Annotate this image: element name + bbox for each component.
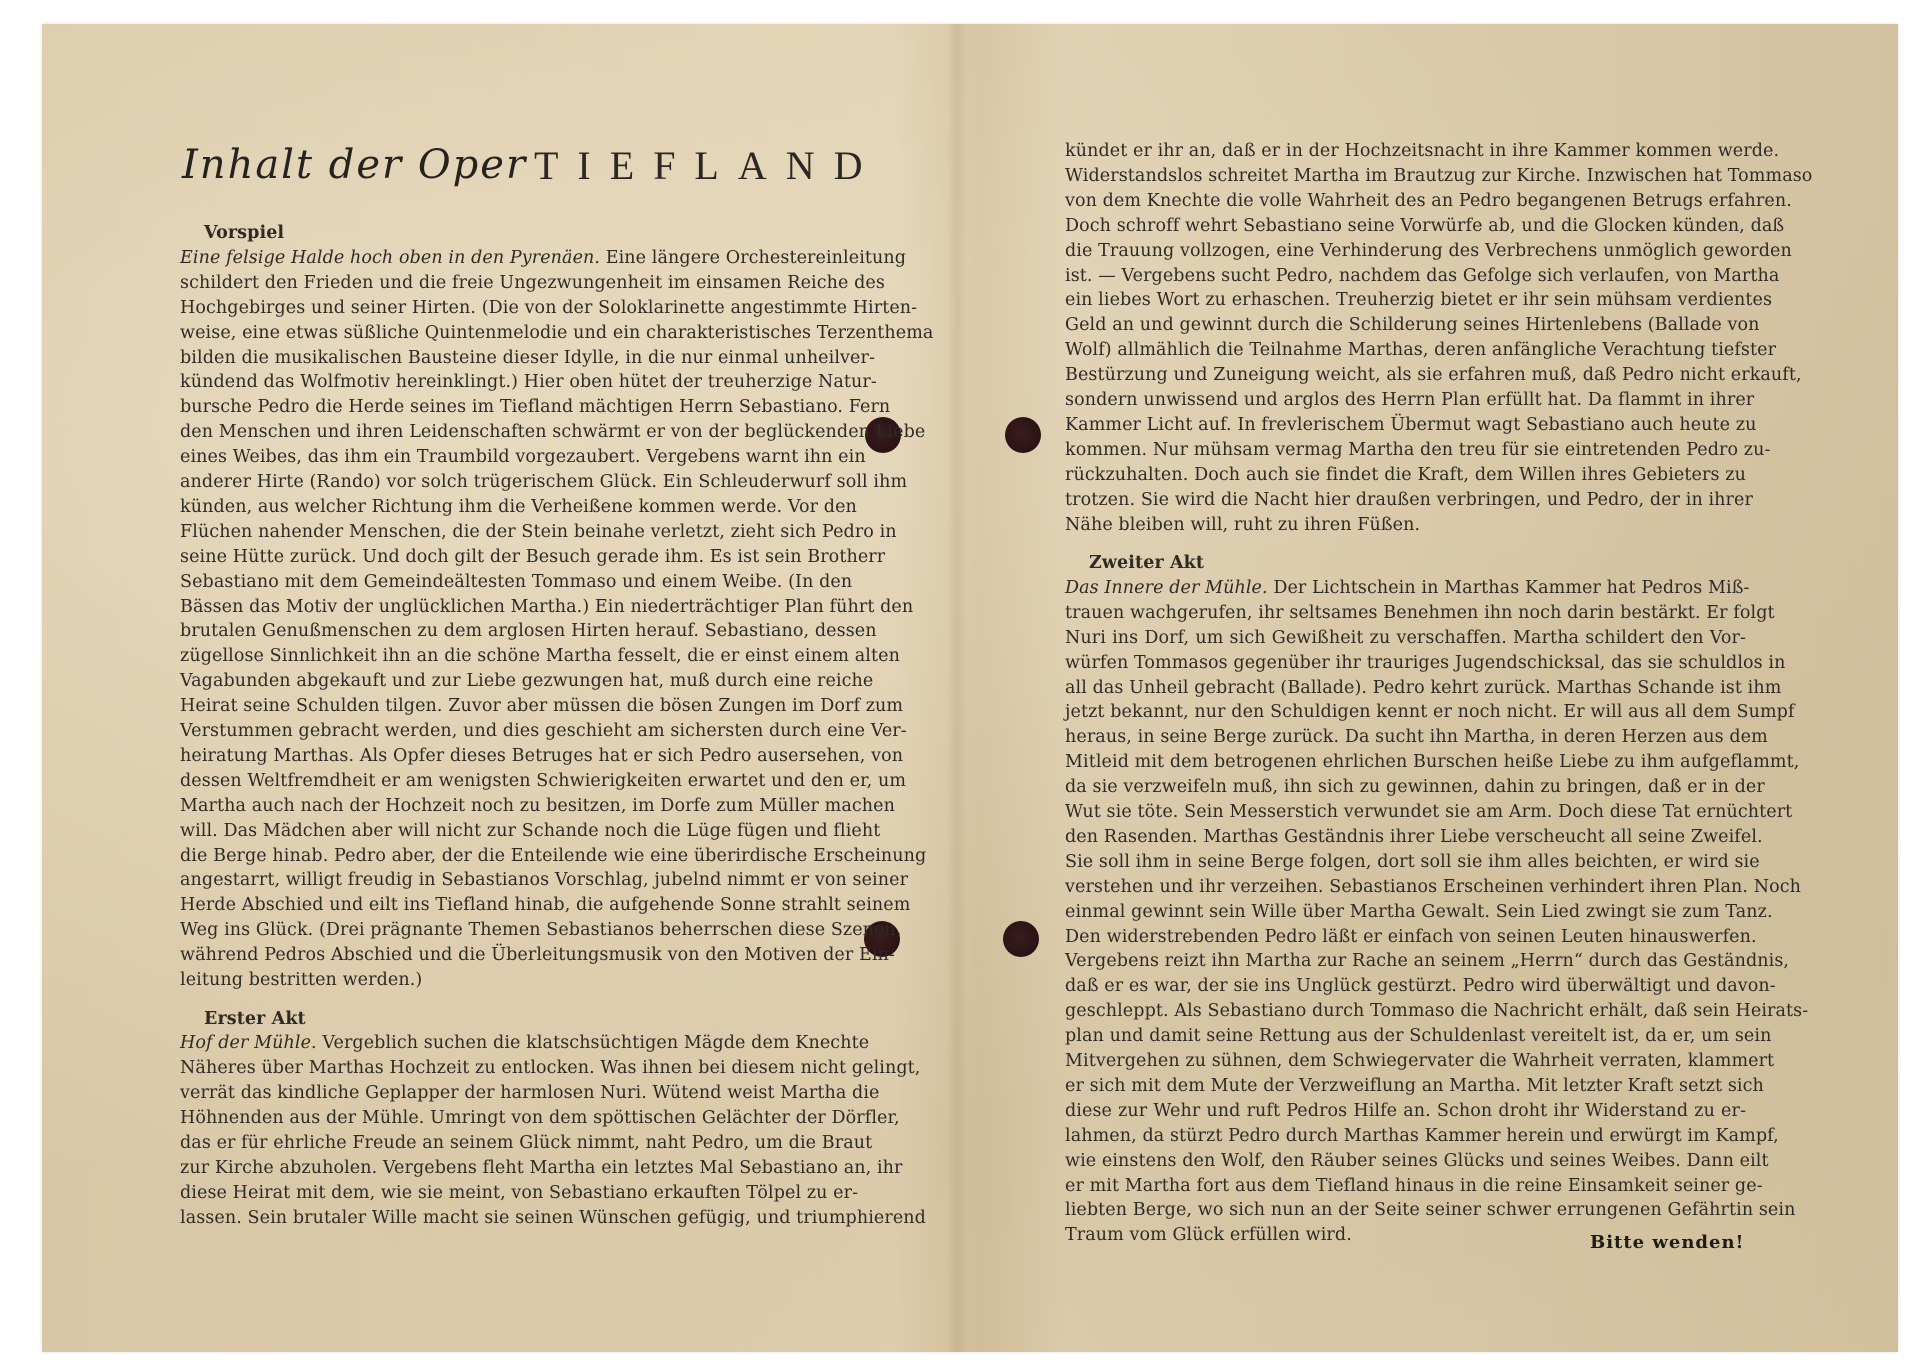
section-heading: Vorspiel <box>204 222 870 244</box>
please-turn-over-note: Bitte wenden! <box>1590 1232 1744 1253</box>
body-line: kommen. Nur mühsam vermag Martha den tre… <box>1065 439 1746 461</box>
body-line: bursche Pedro die Herde seines im Tiefla… <box>180 396 846 418</box>
body-line: geschleppt. Als Sebastiano durch Tommaso… <box>1065 1000 1746 1022</box>
body-line: Martha auch nach der Hochzeit noch zu be… <box>180 795 846 817</box>
body-line: Vagabunden abgekauft und zur Liebe gezwu… <box>180 670 846 692</box>
body-line: zügellose Sinnlichkeit ihn an die schöne… <box>180 645 846 667</box>
body-line: Widerstandslos schreitet Martha im Braut… <box>1065 165 1746 187</box>
body-line: trotzen. Sie wird die Nacht hier draußen… <box>1065 489 1746 511</box>
body-line: Bestürzung und Zuneigung weicht, als sie… <box>1065 364 1746 386</box>
body-line: die Berge hinab. Pedro aber, der die Ent… <box>180 845 846 867</box>
body-line: verstehen und ihr verzeihen. Sebastianos… <box>1065 876 1746 898</box>
body-text: Vergeblich suchen die klatschsüchtigen M… <box>317 1033 869 1053</box>
body-line: er sich mit dem Mute der Verzweiflung an… <box>1065 1075 1746 1097</box>
body-line: Verstummen gebracht werden, und dies ges… <box>180 720 846 742</box>
body-line: er mit Martha fort aus dem Tiefland hina… <box>1065 1175 1746 1197</box>
center-fold <box>947 24 967 1352</box>
body-line: Sie soll ihm in seine Berge folgen, dort… <box>1065 851 1746 873</box>
body-line: weise, eine etwas süßliche Quintenmelodi… <box>180 322 846 344</box>
body-line: die Trauung vollzogen, eine Verhinderung… <box>1065 240 1746 262</box>
body-line: angestarrt, willigt freudig in Sebastian… <box>180 869 846 891</box>
body-line: heiratung Marthas. Als Opfer dieses Betr… <box>180 745 846 767</box>
scene-setting-line: Das Innere der Mühle. Der Lichtschein in… <box>1065 577 1746 599</box>
body-line: während Pedros Abschied und die Überleit… <box>180 944 846 966</box>
body-line: kündend das Wolfmotiv hereinklingt.) Hie… <box>180 371 846 393</box>
body-line: da sie verzweifeln muß, ihn sich zu gewi… <box>1065 776 1746 798</box>
scene-location: Das Innere der Mühle. <box>1065 578 1268 598</box>
body-line: würfen Tommasos gegenüber ihr trauriges … <box>1065 652 1746 674</box>
body-line: diese Heirat mit dem, wie sie meint, von… <box>180 1182 846 1204</box>
body-line: eines Weibes, das ihm ein Traumbild vorg… <box>180 446 846 468</box>
body-line: will. Das Mädchen aber will nicht zur Sc… <box>180 820 846 842</box>
body-line: daß er es war, der sie ins Unglück gestü… <box>1065 975 1746 997</box>
body-line: diese zur Wehr und ruft Pedros Hilfe an.… <box>1065 1100 1746 1122</box>
body-line: zur Kirche abzuholen. Vergebens fleht Ma… <box>180 1157 846 1179</box>
scene-setting-line: Hof der Mühle. Vergeblich suchen die kla… <box>180 1032 846 1054</box>
body-line: Geld an und gewinnt durch die Schilderun… <box>1065 314 1746 336</box>
body-line: künden, aus welcher Richtung ihm die Ver… <box>180 496 846 518</box>
body-line: Flüchen nahender Menschen, die der Stein… <box>180 521 846 543</box>
body-line: Kammer Licht auf. In frevlerischem Überm… <box>1065 414 1746 436</box>
scene-location: Eine felsige Halde hoch oben in den Pyre… <box>180 248 600 268</box>
body-line: Heirat seine Schulden tilgen. Zuvor aber… <box>180 695 846 717</box>
body-line: liebten Berge, wo sich nun an der Seite … <box>1065 1199 1746 1221</box>
punch-hole-right-bottom <box>1003 921 1039 957</box>
body-line: lassen. Sein brutaler Wille macht sie se… <box>180 1207 846 1229</box>
scene-location: Hof der Mühle. <box>180 1033 317 1053</box>
body-line: Wolf) allmählich die Teilnahme Marthas, … <box>1065 339 1746 361</box>
body-line: Doch schroff wehrt Sebastiano seine Vorw… <box>1065 215 1746 237</box>
body-line: Sebastiano mit dem Gemeindeältesten Tomm… <box>180 571 846 593</box>
body-line: anderer Hirte (Rando) vor solch trügeris… <box>180 471 846 493</box>
section-heading: Zweiter Akt <box>1089 552 1770 574</box>
body-line: Weg ins Glück. (Drei prägnante Themen Se… <box>180 919 846 941</box>
section-heading: Erster Akt <box>204 1008 870 1030</box>
body-line: bilden die musikalischen Bausteine diese… <box>180 347 846 369</box>
body-line: trauen wachgerufen, ihr seltsames Benehm… <box>1065 602 1746 624</box>
body-line: ein liebes Wort zu erhaschen. Treuherzig… <box>1065 289 1746 311</box>
body-line: Den widerstrebenden Pedro läßt er einfac… <box>1065 926 1746 948</box>
body-line: jetzt bekannt, nur den Schuldigen kennt … <box>1065 701 1746 723</box>
body-line: heraus, in seine Berge zurück. Da sucht … <box>1065 726 1746 748</box>
body-line: leitung bestritten werden.) <box>180 969 846 991</box>
body-line: Herde Abschied und eilt ins Tiefland hin… <box>180 894 846 916</box>
body-line: wie einstens den Wolf, den Räuber seines… <box>1065 1150 1746 1172</box>
body-text: Der Lichtschein in Marthas Kammer hat Pe… <box>1268 578 1750 598</box>
body-line: den Rasenden. Marthas Geständnis ihrer L… <box>1065 826 1746 848</box>
body-line: Nuri ins Dorf, um sich Gewißheit zu vers… <box>1065 627 1746 649</box>
body-line: Höhnenden aus der Mühle. Umringt von dem… <box>180 1107 846 1129</box>
body-line: Mitleid mit dem betrogenen ehrlichen Bur… <box>1065 751 1746 773</box>
punch-hole-right-top <box>1005 417 1041 453</box>
body-line: einmal gewinnt sein Wille über Martha Ge… <box>1065 901 1746 923</box>
body-line: all das Unheil gebracht (Ballade). Pedro… <box>1065 677 1746 699</box>
title-script: Inhalt der Oper <box>182 142 527 188</box>
body-line: Vergebens reizt ihn Martha zur Rache an … <box>1065 950 1746 972</box>
body-line: schildert den Frieden und die freie Unge… <box>180 272 846 294</box>
body-line: Wut sie töte. Sein Messerstich verwundet… <box>1065 801 1746 823</box>
body-line: Näheres über Marthas Hochzeit zu entlock… <box>180 1057 846 1079</box>
body-line: Hochgebirges und seiner Hirten. (Die von… <box>180 297 846 319</box>
body-line: sondern unwissend und arglos des Herrn P… <box>1065 389 1746 411</box>
body-line: Mitvergehen zu sühnen, dem Schwiegervate… <box>1065 1050 1746 1072</box>
title-opera-name: TIEFLAND <box>534 142 882 189</box>
body-line: das er für ehrliche Freude an seinem Glü… <box>180 1132 846 1154</box>
body-line: plan und damit seine Rettung aus der Sch… <box>1065 1025 1746 1047</box>
body-line: Bässen das Motiv der unglücklichen Marth… <box>180 596 846 618</box>
body-line: kündet er ihr an, daß er in der Hochzeit… <box>1065 140 1746 162</box>
body-line: Nähe bleiben will, ruht zu ihren Füßen. <box>1065 514 1746 536</box>
body-line: dessen Weltfremdheit er am wenigsten Sch… <box>180 770 846 792</box>
body-line: den Menschen und ihren Leidenschaften sc… <box>180 421 846 443</box>
scene-setting-line: Eine felsige Halde hoch oben in den Pyre… <box>180 247 846 269</box>
body-line: seine Hütte zurück. Und doch gilt der Be… <box>180 546 846 568</box>
body-line: brutalen Genußmenschen zu dem arglosen H… <box>180 620 846 642</box>
body-line: lahmen, da stürzt Pedro durch Marthas Ka… <box>1065 1125 1746 1147</box>
body-line: rückzuhalten. Doch auch sie findet die K… <box>1065 464 1746 486</box>
body-line: verrät das kindliche Geplapper der harml… <box>180 1082 846 1104</box>
body-line: ist. — Vergebens sucht Pedro, nachdem da… <box>1065 265 1746 287</box>
body-text: Eine längere Orchestereinleitung <box>600 248 906 268</box>
body-line: von dem Knechte die volle Wahrheit des a… <box>1065 190 1746 212</box>
